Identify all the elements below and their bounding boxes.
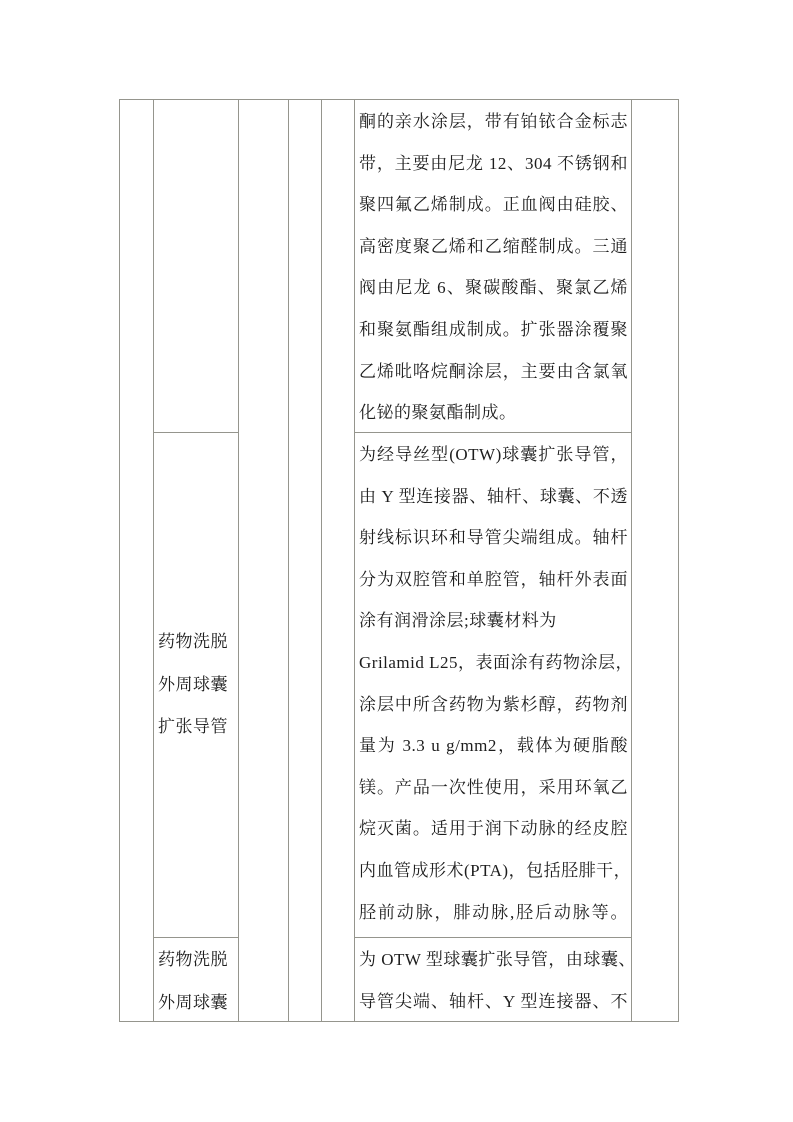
description-line: 胫前动脉，腓动脉,胫后动脉等。 [359, 892, 628, 934]
empty-column-cell [632, 100, 680, 1021]
description-line: 涂层中所含药物为紫杉醇，药物剂 [359, 684, 628, 726]
description-line: 由 Y 型连接器、轴杆、球囊、不透 [359, 476, 628, 518]
empty-column-cell [289, 100, 322, 1021]
product-name-cell-row1 [154, 100, 239, 433]
description-line: 高密度聚乙烯和乙缩醛制成。三通 [359, 226, 628, 268]
description-cell-row1: 酮的亲水涂层，带有铂铱合金标志 带，主要由尼龙 12、304 不锈钢和 聚四氟乙… [355, 100, 632, 433]
description-line: 镁。产品一次性使用，采用环氧乙 [359, 767, 628, 809]
product-name-line: 外周球囊 [158, 664, 238, 707]
description-line: 为 OTW 型球囊扩张导管，由球囊、 [359, 939, 628, 981]
description-line: 导管尖端、轴杆、Y 型连接器、不 [359, 981, 628, 1021]
description-line: 内血管成形术(PTA)，包括胫腓干， [359, 850, 628, 892]
description-line: 量为 3.3 u g/mm2，载体为硬脂酸 [359, 725, 628, 767]
description-line: 乙烯吡咯烷酮涂层，主要由含氯氧 [359, 351, 628, 393]
device-registration-table: 药物洗脱 外周球囊 扩张导管 药物洗脱 外周球囊 酮的亲水涂层，带有铂铱合金标志… [119, 99, 679, 1022]
description-line: 带，主要由尼龙 12、304 不锈钢和 [359, 143, 628, 185]
description-line: 分为双腔管和单腔管，轴杆外表面 [359, 559, 628, 601]
description-line: 烷灭菌。适用于润下动脉的经皮腔 [359, 808, 628, 850]
document-page: 药物洗脱 外周球囊 扩张导管 药物洗脱 外周球囊 酮的亲水涂层，带有铂铱合金标志… [0, 0, 793, 1122]
product-name-line: 外周球囊 [158, 982, 238, 1021]
product-name-line: 药物洗脱 [158, 939, 238, 982]
description-cell-row3: 为 OTW 型球囊扩张导管，由球囊、 导管尖端、轴杆、Y 型连接器、不 [355, 938, 632, 1021]
description-line: 聚四氟乙烯制成。正血阀由硅胶、 [359, 184, 628, 226]
product-name-line: 药物洗脱 [158, 621, 238, 664]
product-name-line: 扩张导管 [158, 706, 238, 749]
description-line: 化铋的聚氨酯制成。 [359, 392, 628, 433]
index-column-cell [120, 100, 154, 1021]
description-cell-row2: 为经导丝型(OTW)球囊扩张导管， 由 Y 型连接器、轴杆、球囊、不透 射线标识… [355, 433, 632, 938]
description-line: 和聚氨酯组成制成。扩张器涂覆聚 [359, 309, 628, 351]
description-line: Grilamid L25，表面涂有药物涂层， [359, 642, 628, 684]
product-name-cell-row2: 药物洗脱 外周球囊 扩张导管 [154, 433, 239, 938]
description-line: 涂有润滑涂层;球囊材料为 [359, 600, 628, 642]
description-line: 酮的亲水涂层，带有铂铱合金标志 [359, 101, 628, 143]
empty-column-cell [239, 100, 289, 1021]
product-name-cell-row3: 药物洗脱 外周球囊 [154, 938, 239, 1021]
description-line: 为经导丝型(OTW)球囊扩张导管， [359, 434, 628, 476]
description-line: 射线标识环和导管尖端组成。轴杆 [359, 517, 628, 559]
empty-column-cell [322, 100, 355, 1021]
description-line: 阀由尼龙 6、聚碳酸酯、聚氯乙烯 [359, 267, 628, 309]
